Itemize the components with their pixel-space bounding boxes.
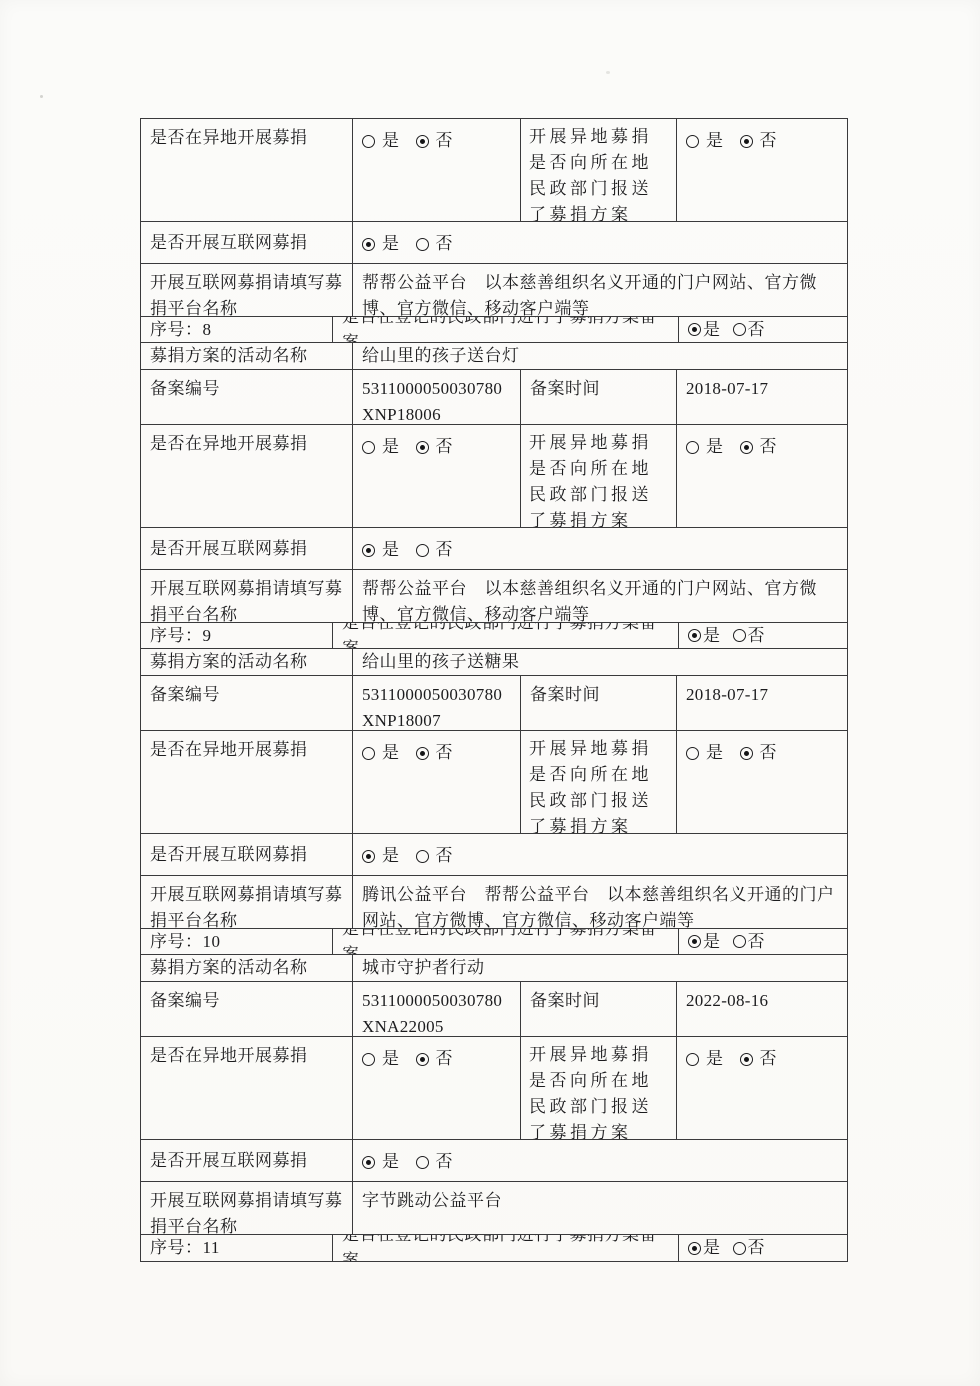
radio-circle-selected xyxy=(416,135,429,148)
radio-circle-selected xyxy=(362,1156,375,1169)
filing-no-line1: 5311000050030780 xyxy=(362,685,502,704)
radio-option-label: 是 xyxy=(382,231,400,257)
radio-option-label: 是 xyxy=(382,434,400,460)
offsite-label: 是否在异地开展募捐 xyxy=(150,434,308,453)
radio-circle-unselected xyxy=(733,935,746,948)
filing-time-value-cell: 2022-08-16 xyxy=(677,982,847,1036)
filing-no-label-cell: 备案编号 xyxy=(141,370,353,424)
radio-circle-unselected xyxy=(686,747,699,760)
filed-question-label: 是否在登记的民政部门进行了募捐方案备案 xyxy=(342,623,670,648)
radio-option-no[interactable]: 否 xyxy=(416,537,454,563)
radio-option-yes[interactable]: 是 xyxy=(362,843,400,869)
radio-option-no[interactable]: 否 xyxy=(733,1235,766,1261)
radio-option-label: 是 xyxy=(706,740,724,766)
radio-option-label: 是 xyxy=(703,1235,721,1261)
filed-question-cell: 是否在登记的民政部门进行了募捐方案备案 xyxy=(333,1235,679,1261)
offsite-label: 是否在异地开展募捐 xyxy=(150,1046,308,1065)
radio-circle-unselected xyxy=(362,1053,375,1066)
filing-time-label: 备案时间 xyxy=(530,685,600,704)
filing-no-label-cell: 备案编号 xyxy=(141,982,353,1036)
platform-value: 字节跳动公益平台 xyxy=(362,1191,502,1210)
row-filing-number: 备案编号 5311000050030780 XNP18006 备案时间 2018… xyxy=(141,370,847,425)
radio-circle-selected xyxy=(416,1053,429,1066)
offsite-radio-cell: 是 否 xyxy=(353,731,521,833)
radio-option-label: 是 xyxy=(382,740,400,766)
radio-circle-selected xyxy=(362,850,375,863)
filing-time-value: 2018-07-17 xyxy=(686,685,768,704)
offsite-radio-cell: 是 否 xyxy=(353,425,521,527)
filing-time-label: 备案时间 xyxy=(530,379,600,398)
platform-label: 开展互联网募捐请填写募捐平台名称 xyxy=(150,1191,343,1234)
row-platform-names: 开展互联网募捐请填写募捐平台名称 帮帮公益平台 以本慈善组织名义开通的门户网站、… xyxy=(141,264,847,317)
radio-circle-unselected xyxy=(686,1053,699,1066)
radio-option-no[interactable]: 否 xyxy=(740,128,778,154)
radio-option-label: 是 xyxy=(382,843,400,869)
radio-option-no[interactable]: 否 xyxy=(740,1046,778,1072)
seq-value: 序号：8 xyxy=(150,317,212,342)
radio-circle-unselected xyxy=(416,1156,429,1169)
internet-label: 是否开展互联网募捐 xyxy=(150,1148,308,1174)
radio-option-label: 否 xyxy=(436,231,454,257)
offsite-label-cell: 是否在异地开展募捐 xyxy=(141,119,353,221)
row-offsite-fundraising: 是否在异地开展募捐 是 否 开展异地募捐是否向所在地民政部门报送了募捐方案 是 … xyxy=(141,119,847,222)
radio-circle-unselected xyxy=(416,238,429,251)
row-filing-number: 备案编号 5311000050030780 XNA22005 备案时间 2022… xyxy=(141,982,847,1037)
radio-option-no[interactable]: 否 xyxy=(416,1149,454,1175)
filing-time-label-cell: 备案时间 xyxy=(521,676,677,730)
radio-option-label: 否 xyxy=(436,843,454,869)
platform-value-cell: 字节跳动公益平台 xyxy=(353,1182,847,1234)
radio-circle-selected xyxy=(688,935,701,948)
offsite-radio-group: 是 否 xyxy=(362,128,453,154)
internet-label-cell: 是否开展互联网募捐 xyxy=(141,1140,353,1181)
radio-option-no[interactable]: 否 xyxy=(733,929,766,954)
activity-label-cell: 募捐方案的活动名称 xyxy=(141,343,353,369)
radio-option-yes[interactable]: 是 xyxy=(688,1235,721,1261)
radio-option-label: 是 xyxy=(706,128,724,154)
radio-option-yes[interactable]: 是 xyxy=(686,434,724,460)
filed-question-cell: 是否在登记的民政部门进行了募捐方案备案 xyxy=(333,623,679,648)
row-filing-number: 备案编号 5311000050030780 XNP18007 备案时间 2018… xyxy=(141,676,847,731)
radio-option-label: 否 xyxy=(436,537,454,563)
radio-option-no[interactable]: 否 xyxy=(416,740,454,766)
internet-radio-cell: 是 否 xyxy=(353,834,847,875)
internet-radio-group: 是 否 xyxy=(362,537,453,563)
filing-time-value-cell: 2018-07-17 xyxy=(677,370,847,424)
radio-circle-unselected xyxy=(686,441,699,454)
offsite-label-cell: 是否在异地开展募捐 xyxy=(141,1037,353,1139)
filing-no-value-cell: 5311000050030780 XNP18007 xyxy=(353,676,521,730)
radio-option-label: 否 xyxy=(748,623,766,648)
offsite-report-label: 开展异地募捐是否向所在地民政部门报送了募捐方案 xyxy=(529,433,652,527)
radio-circle-unselected xyxy=(733,629,746,642)
radio-option-label: 否 xyxy=(760,740,778,766)
filed-radio-cell: 是 否 xyxy=(679,317,847,342)
radio-circle-unselected xyxy=(362,441,375,454)
activity-label: 募捐方案的活动名称 xyxy=(150,343,308,369)
radio-option-label: 否 xyxy=(436,1046,454,1072)
radio-option-yes[interactable]: 是 xyxy=(362,231,400,257)
internet-radio-cell: 是 否 xyxy=(353,528,847,569)
row-seq-8: 序号：8 是否在登记的民政部门进行了募捐方案备案 是 否 xyxy=(141,317,847,343)
platform-label-cell: 开展互联网募捐请填写募捐平台名称 xyxy=(141,264,353,316)
offsite-label: 是否在异地开展募捐 xyxy=(150,128,308,147)
row-activity-name: 募捐方案的活动名称 城市守护者行动 xyxy=(141,955,847,982)
radio-circle-selected xyxy=(740,1053,753,1066)
offsite-report-label-cell: 开展异地募捐是否向所在地民政部门报送了募捐方案 xyxy=(521,119,677,221)
offsite-radio-group: 是 否 xyxy=(362,434,453,460)
filed-radio-group: 是 否 xyxy=(688,623,765,648)
offsite-radio-cell: 是 否 xyxy=(353,1037,521,1139)
filing-no-label: 备案编号 xyxy=(150,379,220,398)
row-platform-names: 开展互联网募捐请填写募捐平台名称 帮帮公益平台 以本慈善组织名义开通的门户网站、… xyxy=(141,570,847,623)
filing-no-line2: XNP18007 xyxy=(362,711,441,730)
row-seq-11: 序号：11 是否在登记的民政部门进行了募捐方案备案 是 否 xyxy=(141,1235,847,1261)
radio-option-no[interactable]: 否 xyxy=(733,623,766,648)
platform-label-cell: 开展互联网募捐请填写募捐平台名称 xyxy=(141,1182,353,1234)
radio-option-no[interactable]: 否 xyxy=(740,740,778,766)
radio-option-label: 否 xyxy=(760,128,778,154)
radio-option-label: 是 xyxy=(703,929,721,954)
radio-option-yes[interactable]: 是 xyxy=(686,740,724,766)
internet-radio-cell: 是 否 xyxy=(353,222,847,263)
seq-value: 序号：10 xyxy=(150,929,221,954)
seq-value: 序号：9 xyxy=(150,623,212,648)
row-seq-9: 序号：9 是否在登记的民政部门进行了募捐方案备案 是 否 xyxy=(141,623,847,649)
offsite-report-label-cell: 开展异地募捐是否向所在地民政部门报送了募捐方案 xyxy=(521,1037,677,1139)
radio-option-label: 是 xyxy=(382,537,400,563)
filing-no-label-cell: 备案编号 xyxy=(141,676,353,730)
offsite-report-label-cell: 开展异地募捐是否向所在地民政部门报送了募捐方案 xyxy=(521,731,677,833)
activity-label: 募捐方案的活动名称 xyxy=(150,955,308,981)
activity-label-cell: 募捐方案的活动名称 xyxy=(141,649,353,675)
filing-no-line2: XNP18006 xyxy=(362,405,441,424)
radio-option-yes[interactable]: 是 xyxy=(362,128,400,154)
radio-option-no[interactable]: 否 xyxy=(416,434,454,460)
filed-question-label: 是否在登记的民政部门进行了募捐方案备案 xyxy=(342,317,670,342)
scan-speck xyxy=(40,95,43,98)
row-internet-fundraising: 是否开展互联网募捐 是 否 xyxy=(141,1140,847,1182)
platform-value: 腾讯公益平台 帮帮公益平台 以本慈善组织名义开通的门户网站、官方微博、官方微信、… xyxy=(362,885,835,928)
offsite-label: 是否在异地开展募捐 xyxy=(150,740,308,759)
offsite-report-radio-cell: 是 否 xyxy=(677,119,847,221)
seq-value: 序号：11 xyxy=(150,1235,220,1261)
platform-value-cell: 腾讯公益平台 帮帮公益平台 以本慈善组织名义开通的门户网站、官方微博、官方微信、… xyxy=(353,876,847,928)
offsite-report-radio-group: 是 否 xyxy=(686,1046,777,1072)
filed-question-label: 是否在登记的民政部门进行了募捐方案备案 xyxy=(342,1235,670,1261)
radio-circle-selected xyxy=(740,441,753,454)
radio-circle-selected xyxy=(688,1242,701,1255)
fundraising-filing-table: 是否在异地开展募捐 是 否 开展异地募捐是否向所在地民政部门报送了募捐方案 是 … xyxy=(140,118,848,1262)
filing-no-line1: 5311000050030780 xyxy=(362,991,502,1010)
internet-radio-group: 是 否 xyxy=(362,231,453,257)
radio-option-yes[interactable]: 是 xyxy=(362,434,400,460)
filing-time-label-cell: 备案时间 xyxy=(521,370,677,424)
offsite-radio-cell: 是 否 xyxy=(353,119,521,221)
row-internet-fundraising: 是否开展互联网募捐 是 否 xyxy=(141,834,847,876)
radio-option-label: 否 xyxy=(436,128,454,154)
filed-radio-group: 是 否 xyxy=(688,1235,765,1261)
filed-question-label: 是否在登记的民政部门进行了募捐方案备案 xyxy=(342,929,670,954)
radio-circle-unselected xyxy=(733,323,746,336)
radio-option-yes[interactable]: 是 xyxy=(362,1149,400,1175)
scanned-document-page: 是否在异地开展募捐 是 否 开展异地募捐是否向所在地民政部门报送了募捐方案 是 … xyxy=(0,0,980,1386)
radio-option-label: 是 xyxy=(382,1046,400,1072)
radio-circle-unselected xyxy=(733,1242,746,1255)
offsite-report-label: 开展异地募捐是否向所在地民政部门报送了募捐方案 xyxy=(529,1045,652,1139)
radio-option-label: 否 xyxy=(436,434,454,460)
radio-option-no[interactable]: 否 xyxy=(733,317,766,342)
radio-option-label: 否 xyxy=(748,317,766,342)
row-activity-name: 募捐方案的活动名称 给山里的孩子送台灯 xyxy=(141,343,847,370)
radio-circle-unselected xyxy=(362,135,375,148)
filed-radio-group: 是 否 xyxy=(688,929,765,954)
internet-radio-group: 是 否 xyxy=(362,1149,453,1175)
radio-option-no[interactable]: 否 xyxy=(416,128,454,154)
offsite-report-radio-group: 是 否 xyxy=(686,434,777,460)
offsite-label-cell: 是否在异地开展募捐 xyxy=(141,731,353,833)
platform-label: 开展互联网募捐请填写募捐平台名称 xyxy=(150,273,343,316)
radio-option-label: 否 xyxy=(436,1149,454,1175)
radio-circle-unselected xyxy=(416,850,429,863)
radio-option-yes[interactable]: 是 xyxy=(688,317,721,342)
internet-radio-cell: 是 否 xyxy=(353,1140,847,1181)
radio-option-label: 是 xyxy=(706,1046,724,1072)
platform-value-cell: 帮帮公益平台 以本慈善组织名义开通的门户网站、官方微博、官方微信、移动客户端等 xyxy=(353,264,847,316)
offsite-radio-group: 是 否 xyxy=(362,1046,453,1072)
internet-label: 是否开展互联网募捐 xyxy=(150,536,308,562)
filing-no-line2: XNA22005 xyxy=(362,1017,444,1036)
seq-cell: 序号：11 xyxy=(141,1235,333,1261)
internet-label: 是否开展互联网募捐 xyxy=(150,230,308,256)
radio-option-no[interactable]: 否 xyxy=(416,1046,454,1072)
row-activity-name: 募捐方案的活动名称 给山里的孩子送糖果 xyxy=(141,649,847,676)
radio-circle-unselected xyxy=(686,135,699,148)
radio-circle-selected xyxy=(416,747,429,760)
activity-value: 给山里的孩子送糖果 xyxy=(362,649,520,675)
internet-label: 是否开展互联网募捐 xyxy=(150,842,308,868)
filing-no-value-cell: 5311000050030780 XNP18006 xyxy=(353,370,521,424)
activity-value-cell: 给山里的孩子送糖果 xyxy=(353,649,847,675)
activity-label-cell: 募捐方案的活动名称 xyxy=(141,955,353,981)
offsite-radio-group: 是 否 xyxy=(362,740,453,766)
radio-option-label: 否 xyxy=(436,740,454,766)
filing-time-value: 2022-08-16 xyxy=(686,991,768,1010)
radio-circle-selected xyxy=(740,135,753,148)
offsite-report-radio-cell: 是 否 xyxy=(677,731,847,833)
radio-option-label: 否 xyxy=(760,1046,778,1072)
activity-value-cell: 给山里的孩子送台灯 xyxy=(353,343,847,369)
offsite-report-radio-group: 是 否 xyxy=(686,740,777,766)
radio-option-yes[interactable]: 是 xyxy=(686,128,724,154)
filed-radio-cell: 是 否 xyxy=(679,623,847,648)
filed-radio-group: 是 否 xyxy=(688,317,765,342)
offsite-report-radio-group: 是 否 xyxy=(686,128,777,154)
radio-circle-unselected xyxy=(416,544,429,557)
seq-cell: 序号：8 xyxy=(141,317,333,342)
row-offsite-fundraising: 是否在异地开展募捐 是 否 开展异地募捐是否向所在地民政部门报送了募捐方案 是 … xyxy=(141,1037,847,1140)
radio-circle-unselected xyxy=(362,747,375,760)
activity-value: 给山里的孩子送台灯 xyxy=(362,343,520,369)
radio-option-no[interactable]: 否 xyxy=(416,843,454,869)
filing-time-value-cell: 2018-07-17 xyxy=(677,676,847,730)
filing-time-label: 备案时间 xyxy=(530,991,600,1010)
radio-option-label: 是 xyxy=(703,623,721,648)
radio-circle-selected xyxy=(740,747,753,760)
radio-circle-selected xyxy=(688,629,701,642)
radio-option-label: 是 xyxy=(706,434,724,460)
platform-label-cell: 开展互联网募捐请填写募捐平台名称 xyxy=(141,570,353,622)
radio-option-yes[interactable]: 是 xyxy=(362,537,400,563)
row-offsite-fundraising: 是否在异地开展募捐 是 否 开展异地募捐是否向所在地民政部门报送了募捐方案 是 … xyxy=(141,731,847,834)
offsite-report-label: 开展异地募捐是否向所在地民政部门报送了募捐方案 xyxy=(529,739,652,833)
row-offsite-fundraising: 是否在异地开展募捐 是 否 开展异地募捐是否向所在地民政部门报送了募捐方案 是 … xyxy=(141,425,847,528)
offsite-report-radio-cell: 是 否 xyxy=(677,425,847,527)
seq-cell: 序号：10 xyxy=(141,929,333,954)
radio-option-no[interactable]: 否 xyxy=(416,231,454,257)
activity-value-cell: 城市守护者行动 xyxy=(353,955,847,981)
platform-label: 开展互联网募捐请填写募捐平台名称 xyxy=(150,579,343,622)
scan-speck xyxy=(606,71,610,74)
filed-radio-cell: 是 否 xyxy=(679,1235,847,1261)
row-seq-10: 序号：10 是否在登记的民政部门进行了募捐方案备案 是 否 xyxy=(141,929,847,955)
internet-label-cell: 是否开展互联网募捐 xyxy=(141,222,353,263)
activity-label: 募捐方案的活动名称 xyxy=(150,649,308,675)
filing-time-label-cell: 备案时间 xyxy=(521,982,677,1036)
radio-option-yes[interactable]: 是 xyxy=(362,1046,400,1072)
row-platform-names: 开展互联网募捐请填写募捐平台名称 腾讯公益平台 帮帮公益平台 以本慈善组织名义开… xyxy=(141,876,847,929)
radio-circle-selected xyxy=(416,441,429,454)
offsite-label-cell: 是否在异地开展募捐 xyxy=(141,425,353,527)
radio-option-yes[interactable]: 是 xyxy=(688,929,721,954)
radio-circle-selected xyxy=(362,544,375,557)
row-internet-fundraising: 是否开展互联网募捐 是 否 xyxy=(141,222,847,264)
radio-circle-selected xyxy=(362,238,375,251)
offsite-report-label: 开展异地募捐是否向所在地民政部门报送了募捐方案 xyxy=(529,127,652,221)
filed-question-cell: 是否在登记的民政部门进行了募捐方案备案 xyxy=(333,317,679,342)
internet-label-cell: 是否开展互联网募捐 xyxy=(141,834,353,875)
platform-value: 帮帮公益平台 以本慈善组织名义开通的门户网站、官方微博、官方微信、移动客户端等 xyxy=(362,579,817,622)
radio-option-label: 是 xyxy=(382,128,400,154)
internet-label-cell: 是否开展互联网募捐 xyxy=(141,528,353,569)
filing-no-line1: 5311000050030780 xyxy=(362,379,502,398)
radio-option-yes[interactable]: 是 xyxy=(362,740,400,766)
row-internet-fundraising: 是否开展互联网募捐 是 否 xyxy=(141,528,847,570)
radio-option-no[interactable]: 否 xyxy=(740,434,778,460)
platform-label-cell: 开展互联网募捐请填写募捐平台名称 xyxy=(141,876,353,928)
radio-option-label: 是 xyxy=(703,317,721,342)
filing-no-value-cell: 5311000050030780 XNA22005 xyxy=(353,982,521,1036)
radio-option-label: 否 xyxy=(748,1235,766,1261)
filed-question-cell: 是否在登记的民政部门进行了募捐方案备案 xyxy=(333,929,679,954)
radio-option-label: 是 xyxy=(382,1149,400,1175)
filing-time-value: 2018-07-17 xyxy=(686,379,768,398)
platform-label: 开展互联网募捐请填写募捐平台名称 xyxy=(150,885,343,928)
activity-value: 城市守护者行动 xyxy=(362,955,485,981)
filed-radio-cell: 是 否 xyxy=(679,929,847,954)
platform-value-cell: 帮帮公益平台 以本慈善组织名义开通的门户网站、官方微博、官方微信、移动客户端等 xyxy=(353,570,847,622)
row-platform-names: 开展互联网募捐请填写募捐平台名称 字节跳动公益平台 xyxy=(141,1182,847,1235)
seq-cell: 序号：9 xyxy=(141,623,333,648)
internet-radio-group: 是 否 xyxy=(362,843,453,869)
offsite-report-radio-cell: 是 否 xyxy=(677,1037,847,1139)
radio-circle-selected xyxy=(688,323,701,336)
offsite-report-label-cell: 开展异地募捐是否向所在地民政部门报送了募捐方案 xyxy=(521,425,677,527)
radio-option-label: 否 xyxy=(760,434,778,460)
platform-value: 帮帮公益平台 以本慈善组织名义开通的门户网站、官方微博、官方微信、移动客户端等 xyxy=(362,273,817,316)
radio-option-yes[interactable]: 是 xyxy=(686,1046,724,1072)
radio-option-label: 否 xyxy=(748,929,766,954)
radio-option-yes[interactable]: 是 xyxy=(688,623,721,648)
filing-no-label: 备案编号 xyxy=(150,991,220,1010)
filing-no-label: 备案编号 xyxy=(150,685,220,704)
